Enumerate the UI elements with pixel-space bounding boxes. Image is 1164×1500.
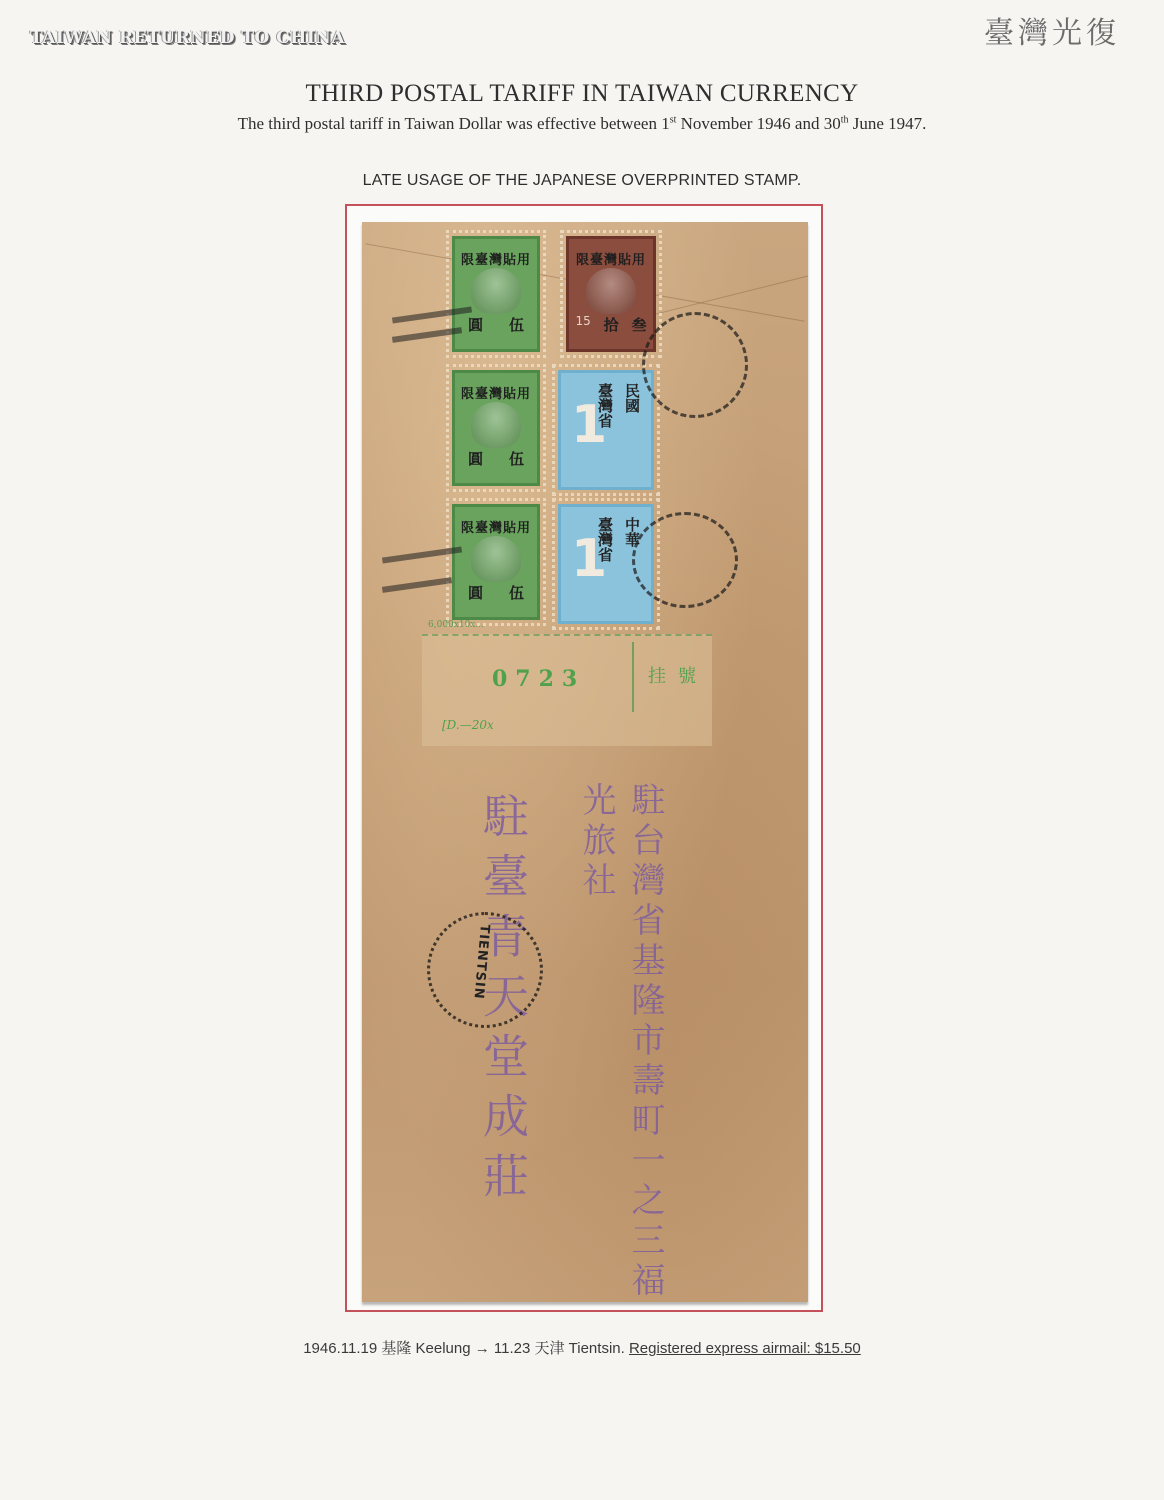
registration-number: 0723 (492, 666, 585, 692)
stamp-surcharge: 圓 (468, 448, 483, 469)
tientsin-arrival-postmark: TIENTSIN (427, 912, 543, 1028)
stamp-portrait (471, 402, 521, 448)
stamp-surcharge: 伍 (509, 448, 524, 469)
label-print-line: 6,000x10x... (428, 620, 484, 630)
registration-label: 6,000x10x... 0723 挂號 [D.—20x (422, 634, 712, 746)
cancel-bars (382, 577, 452, 593)
exhibit-series-title-chinese: 臺灣光復 (984, 8, 1120, 52)
stamp-surcharge: 伍 (509, 314, 524, 335)
stamp-overprint: 限臺灣貼用 (576, 249, 646, 268)
stamp-green-5-yuan: 限臺灣貼用 圓伍 (446, 230, 546, 358)
postage-rate: Registered express airmail: $15.50 (629, 1340, 861, 1357)
postmark (642, 312, 748, 418)
stamp-surcharge: 拾 (604, 314, 619, 335)
stamp-green-5-yuan: 限臺灣貼用 圓伍 (446, 364, 546, 492)
stamp-blue-taiwan: 1 臺灣省 民國 (552, 364, 660, 496)
registration-type: 挂號 (648, 662, 708, 688)
stamp-text: 臺灣省 (595, 517, 616, 562)
stamp-text: 臺灣省 (595, 383, 616, 428)
stamp-green-5-yuan: 限臺灣貼用 圓伍 (446, 498, 546, 626)
postmark-text: TIENTSIN (470, 924, 492, 1000)
label-code: [D.—20x (442, 718, 494, 732)
stamp-surcharge: 叁 (632, 314, 647, 335)
stamp-value: 15 (575, 314, 590, 335)
stamp-portrait (471, 268, 521, 314)
section-heading: LATE USAGE OF THE JAPANESE OVERPRINTED S… (0, 172, 1164, 190)
page-title: THIRD POSTAL TARIFF IN TAIWAN CURRENCY (0, 80, 1164, 108)
stamp-text: 民國 (622, 383, 643, 428)
postmark (632, 512, 738, 608)
envelope-cover: 限臺灣貼用 圓伍 限臺灣貼用 15拾叁 限臺灣貼用 圓伍 1 臺灣省 民國 限臺… (362, 222, 808, 1302)
stamp-portrait (586, 268, 636, 314)
exhibit-series-title: TAIWAN RETURNED TO CHINA (30, 28, 345, 48)
route-text: 1946.11.19 基隆 Keelung → 11.23 天津 Tientsi… (303, 1340, 629, 1357)
stamp-surcharge: 圓 (468, 582, 483, 603)
stamp-portrait (471, 536, 521, 582)
stamp-overprint: 限臺灣貼用 (461, 517, 531, 536)
label-divider (632, 642, 634, 712)
page-subtitle: The third postal tariff in Taiwan Dollar… (0, 114, 1164, 134)
stamp-surcharge: 伍 (509, 582, 524, 603)
stamp-brown-15: 限臺灣貼用 15拾叁 (560, 230, 662, 358)
handwritten-sender-address: 駐台灣省基隆市壽町一之三福光旅社 (572, 782, 670, 1302)
stamp-surcharge: 圓 (468, 314, 483, 335)
stamp-overprint: 限臺灣貼用 (461, 383, 531, 402)
cover-caption: 1946.11.19 基隆 Keelung → 11.23 天津 Tientsi… (0, 1337, 1164, 1358)
stamp-overprint: 限臺灣貼用 (461, 249, 531, 268)
